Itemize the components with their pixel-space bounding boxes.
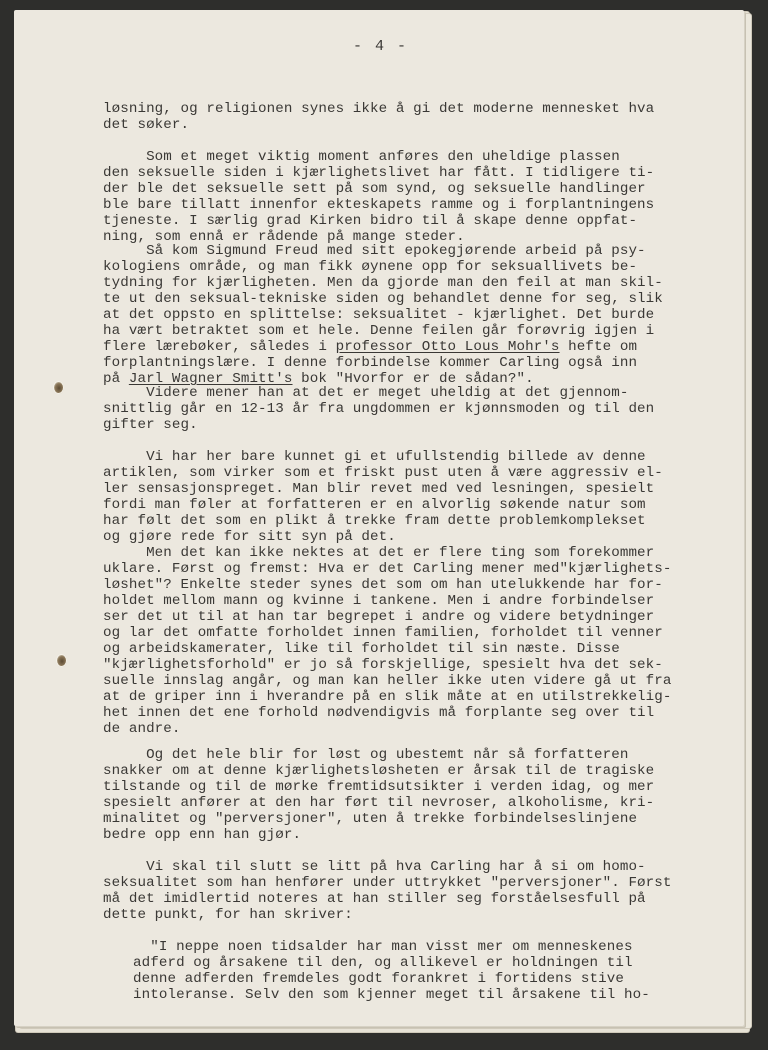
- text-line: fordi man føler at forfatteren er en alv…: [103, 497, 646, 513]
- text-line: og arbeidskamerater, like til forholdet …: [103, 641, 620, 657]
- text-line: har følt det som en plikt å trekke fram …: [103, 513, 646, 529]
- text-line: Så kom Sigmund Freud med sitt epokegjøre…: [103, 243, 646, 259]
- text-line: ha vært betraktet som et hele. Denne fei…: [103, 323, 654, 339]
- text-line: Vi skal til slutt se litt på hva Carling…: [103, 859, 646, 875]
- text-line: de andre.: [103, 721, 181, 737]
- text-line: løshet"? Enkelte steder synes det som om…: [103, 577, 663, 593]
- text-line: kologiens område, og man fikk øynene opp…: [103, 259, 637, 275]
- text-line: spesielt anfører at den har ført til nev…: [103, 795, 654, 811]
- text-line: ser det ut til at han tar begrepet i and…: [103, 609, 654, 625]
- text-line: Vi har her bare kunnet gi et ufullstendi…: [103, 449, 646, 465]
- text-line: artiklen, som virker som et friskt pust …: [103, 465, 663, 481]
- quoted-text-line: "I neppe noen tidsalder har man visst me…: [133, 939, 633, 955]
- text-line: snittlig går en 12-13 år fra ungdommen e…: [103, 401, 654, 417]
- scanned-document-viewport: - 4 - løsning, og religionen synes ikke …: [0, 0, 768, 1050]
- text-line: den seksuelle siden i kjærlighetslivet h…: [103, 165, 654, 181]
- text-line: bedre opp enn han gjør.: [103, 827, 301, 843]
- text-line: te ut den seksual-tekniske siden og beha…: [103, 291, 663, 307]
- quoted-text-line: adferd og årsakene til den, og allikevel…: [133, 955, 633, 971]
- text-line: og gjøre rede for sitt syn på det.: [103, 529, 396, 545]
- text-line: uklare. Først og fremst: Hva er det Carl…: [103, 561, 672, 577]
- text-line: Men det kan ikke nektes at det er flere …: [103, 545, 654, 561]
- page-number: - 4 -: [353, 38, 408, 55]
- text-line: flere lærebøker, således i professor Ott…: [103, 339, 637, 355]
- text-line: Videre mener han at det er meget uheldig…: [103, 385, 628, 401]
- text-line: løsning, og religionen synes ikke å gi d…: [103, 101, 654, 117]
- text-line: at de griper inn i hverandre på en slik …: [103, 689, 672, 705]
- text-line: ler sensasjonspreget. Man blir revet med…: [103, 481, 654, 497]
- quoted-text-line: intoleranse. Selv den som kjenner meget …: [133, 987, 650, 1003]
- text-line: at det oppsto en splittelse: seksualitet…: [103, 307, 654, 323]
- text-line: seksualitet som han henfører under uttry…: [103, 875, 672, 891]
- text-line: forplantningslære. I denne forbindelse k…: [103, 355, 637, 371]
- text-line: het innen det ene forhold nødvendigvis m…: [103, 705, 654, 721]
- text-line: tjeneste. I særlig grad Kirken bidro til…: [103, 213, 637, 229]
- punch-hole-bottom: [56, 654, 67, 667]
- text-line: tydning for kjærligheten. Men da gjorde …: [103, 275, 663, 291]
- text-line: der ble det seksuelle sett på som synd, …: [103, 181, 646, 197]
- text-line: ble bare tillatt innenfor ekteskapets ra…: [103, 197, 654, 213]
- text-line: "kjærlighetsforhold" er jo så forskjelli…: [103, 657, 663, 673]
- underlined-reference: professor Otto Lous Mohr's: [336, 339, 560, 355]
- text-line: det søker.: [103, 117, 189, 133]
- punch-hole-top: [53, 381, 64, 394]
- text-line: suelle innslag angår, og man kan heller …: [103, 673, 672, 689]
- text-line: og lar det omfatte forholdet innen famil…: [103, 625, 663, 641]
- text-line: holdet mellom mann og kvinne i tankene. …: [103, 593, 654, 609]
- text-line: må det imidlertid noteres at han stiller…: [103, 891, 646, 907]
- text-line: snakker om at denne kjærlighetsløsheten …: [103, 763, 654, 779]
- text-line: Og det hele blir for løst og ubestemt nå…: [103, 747, 628, 763]
- text-line: tilstande og til de mørke fremtidsutsikt…: [103, 779, 654, 795]
- text-line: dette punkt, for han skriver:: [103, 907, 353, 923]
- text-line: minalitet og "perversjoner", uten å trek…: [103, 811, 637, 827]
- quoted-text-line: denne adferden fremdeles godt forankret …: [133, 971, 624, 987]
- text-line: gifter seg.: [103, 417, 198, 433]
- text-line: Som et meget viktig moment anføres den u…: [103, 149, 620, 165]
